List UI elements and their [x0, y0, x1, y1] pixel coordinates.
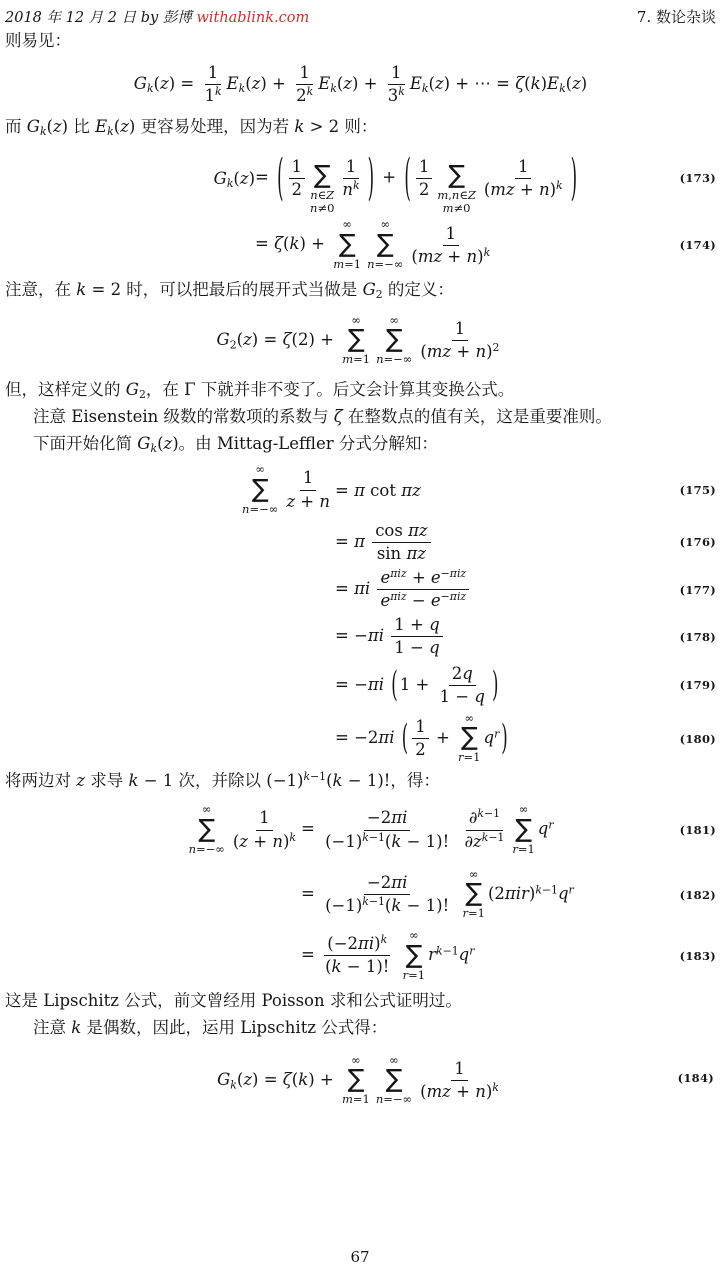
equation-block-175-180: ∞∑n=−∞1z + n = π cot πz (175) = π cos πz…	[5, 461, 716, 767]
paragraph-simplify-intro: 下面开始化简 Gk(z)。由 Mittag-Leffler 分式分解知：	[5, 430, 716, 457]
equation-zeta-ek: Gk(z) = 11kEk(z) + 12kEk(z) + 13kEk(z) +…	[5, 54, 716, 113]
equation-number-175: (175)	[670, 480, 716, 500]
equation-number-173: (173)	[670, 159, 716, 195]
paragraph-derivative-step: 将两边对 z 求导 k − 1 次，并除以 (−1)k−1(k − 1)!，得：	[5, 767, 716, 794]
equation-180-rhs: = −2πi (12 + ∞∑r=1qr)	[335, 710, 510, 767]
header-section-title: 7. 数论杂谈	[637, 6, 716, 27]
equation-173-lhs: Gk(z)	[5, 157, 255, 198]
equation-178-rhs: = −πi 1 + q1 − q	[335, 613, 510, 660]
equation-block-173-174: Gk(z) = (12∑n∈Zn≠01nk) + (12∑m,n∈Zm≠01(m…	[5, 140, 716, 276]
page-number: 67	[0, 1248, 720, 1266]
paragraph-gk-vs-ek: 而 Gk(z) 比 Ek(z) 更容易处理，因为若 k > 2 则：	[5, 113, 716, 140]
equation-174-lhs	[5, 240, 255, 250]
equation-183-rhs: = (−2πi)k(k − 1)! ∞∑r=1rk−1qr	[301, 925, 574, 986]
equation-number-180: (180)	[670, 729, 716, 749]
paragraph-g2-invariance: 但，这样定义的 G2，在 Γ 下就并非不变了。后文会计算其变换公式。	[5, 376, 716, 403]
equation-182-rhs: = −2πi(−1)k−1(k − 1)! ∞∑r=1(2πir)k−1qr	[301, 864, 574, 925]
paragraph-lipschitz-note: 这是 Lipschitz 公式，前文曾经用 Poisson 求和公式证明过。	[5, 987, 716, 1014]
equation-175-lhs: ∞∑n=−∞1z + n	[5, 461, 335, 518]
equation-174-rhs: = ζ(k) + ∞∑m=1∞∑n=−∞1(mz + n)k	[255, 214, 580, 275]
document-page: 2018 年 12 月 2 日 by 彭博 withablink.com 7. …	[0, 0, 720, 1116]
paragraph-intro: 则易见：	[5, 27, 716, 54]
equation-number-174: (174)	[670, 233, 716, 257]
equation-179-rhs: = −πi (1 + 2q1 − q)	[335, 661, 510, 710]
equation-184: Gk(z) = ζ(k) + ∞∑m=1∞∑n=−∞1(mz + n)k (18…	[5, 1041, 716, 1116]
paragraph-k-even-note: 注意 k 是偶数，因此，运用 Lipschitz 公式得：	[5, 1014, 716, 1041]
header-date-author: 2018 年 12 月 2 日 by 彭博 withablink.com	[5, 6, 309, 27]
equation-176-rhs: = π cos πzsin πz	[335, 519, 510, 566]
equation-number-181: (181)	[670, 815, 716, 845]
paragraph-eisenstein-note: 注意 Eisenstein 级数的常数项的系数与 ζ 在整数点的值有关，这是重要…	[5, 403, 716, 430]
equation-g2-def: G2(z) = ζ(2) + ∞∑m=1∞∑n=−∞1(mz + n)2	[5, 303, 716, 376]
equation-zeta-ek-body: Gk(z) = 11kEk(z) + 12kEk(z) + 13kEk(z) +…	[134, 63, 587, 106]
header-date-text: 2018 年 12 月 2 日 by 彭博	[5, 10, 196, 26]
equation-g2-def-body: G2(z) = ζ(2) + ∞∑m=1∞∑n=−∞1(mz + n)2	[217, 315, 505, 366]
equation-number-176: (176)	[670, 533, 716, 551]
equation-181-rhs: = −2πi(−1)k−1(k − 1)! ∂k−1∂zk−1∞∑r=1qr	[301, 796, 574, 863]
equation-181-lhs: ∞∑n=−∞1(z + n)k	[5, 796, 301, 863]
equation-number-178: (178)	[670, 628, 716, 646]
equation-177-rhs: = πi eπiz + e−πizeπiz − e−πiz	[335, 566, 510, 613]
equation-block-181-183: ∞∑n=−∞1(z + n)k = −2πi(−1)k−1(k − 1)! ∂k…	[5, 796, 716, 986]
paragraph-note-k2: 注意，在 k = 2 时，可以把最后的展开式当做是 G2 的定义：	[5, 276, 716, 303]
equation-number-184: (184)	[678, 1071, 714, 1085]
equation-number-177: (177)	[670, 581, 716, 599]
site-link[interactable]: withablink.com	[196, 10, 309, 26]
equation-184-body: Gk(z) = ζ(k) + ∞∑m=1∞∑n=−∞1(mz + n)k	[217, 1055, 504, 1106]
equation-175-rhs: = π cot πz	[335, 478, 510, 503]
equation-number-182: (182)	[670, 883, 716, 907]
page-header: 2018 年 12 月 2 日 by 彭博 withablink.com 7. …	[5, 6, 716, 27]
equation-173-rhs: = (12∑n∈Zn≠01nk) + (12∑m,n∈Zm≠01(mz + n)…	[255, 140, 580, 214]
equation-number-183: (183)	[670, 944, 716, 968]
equation-number-179: (179)	[670, 675, 716, 695]
